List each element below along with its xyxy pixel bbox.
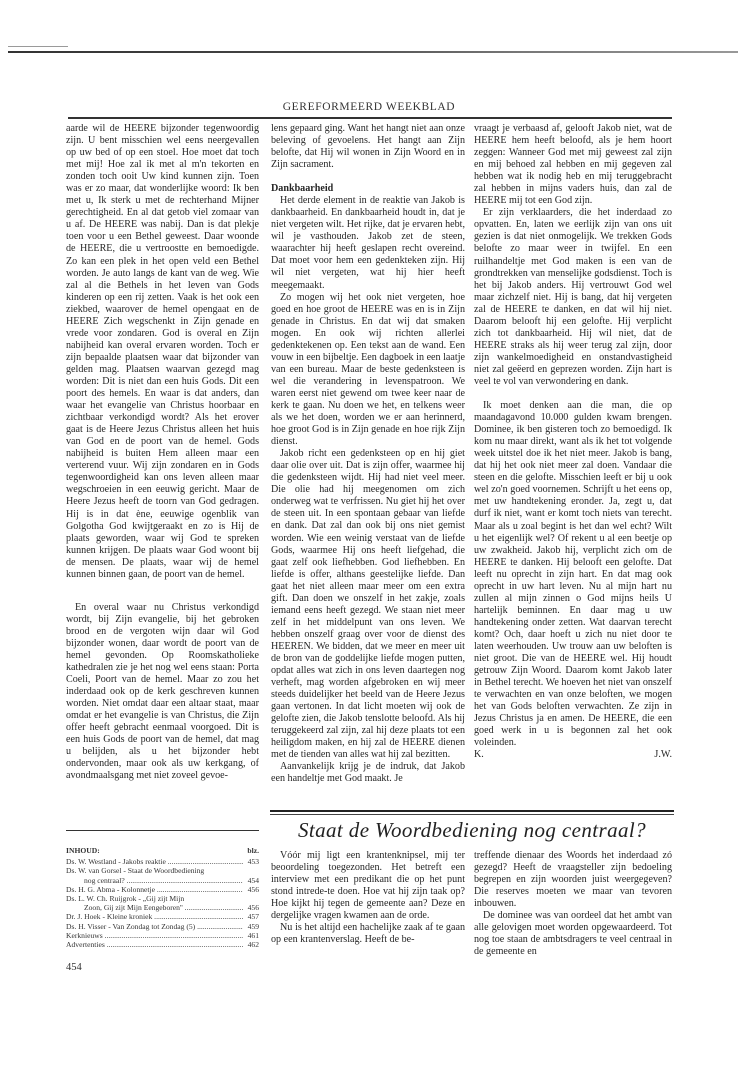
toc-item-title: Ds. H. G. Abma - Kolonnetje [66,885,243,894]
scan-edge-rule [8,46,68,47]
toc-item[interactable]: Kerknieuws 461 [66,931,259,940]
column-divider-rule [66,830,259,831]
toc-item-page: 454 [243,876,259,885]
paragraph: En overal waar nu Christus verkondigd wo… [66,602,259,783]
toc-item-page: 456 [243,885,259,894]
toc-page-heading: blz. [247,846,259,855]
paragraph: Nu is het altijd een hachelijke zaak af … [271,922,465,946]
paragraph: Het derde element in de reaktie van Jako… [271,195,465,291]
article-separator-rule-secondary [270,814,674,815]
article2-column-2: treffende dienaar des Woords het inderda… [474,850,672,958]
toc-item-continuation[interactable]: nog centraal? 454 [66,876,259,885]
paragraph: Er zijn verklaarders, die het inderdaad … [474,207,672,388]
paragraph: aarde wil de HEERE bijzonder tegenwoordi… [66,123,259,581]
toc-item-title-cont: nog centraal? [84,876,243,885]
toc-item[interactable]: Ds. L. W. Ch. Ruijgrok - „Gij zijt Mijn [66,894,259,903]
page-number: 454 [66,962,82,973]
toc-item-page: 459 [243,922,259,931]
paragraph: Zo mogen wij het ook niet vergeten, hoe … [271,292,465,449]
paragraph: De dominee was van oordeel dat het ambt … [474,910,672,958]
toc-item[interactable]: Ds. W. van Gorsel - Staat de Woordbedien… [66,866,259,875]
article-separator-rule [270,810,674,812]
scan-top-rule [8,51,738,53]
masthead-rule [68,117,672,119]
signature-line: K. J.W. [474,749,672,761]
toc-item[interactable]: Ds. W. Westland - Jakobs reaktie 453 [66,857,259,866]
toc-header: INHOUD: blz. [66,846,259,855]
toc-item-page: 457 [243,912,259,921]
toc-item[interactable]: Dr. J. Hoek - Kleine kroniek 457 [66,912,259,921]
toc-item[interactable]: Advertenties 462 [66,940,259,949]
paragraph: treffende dienaar des Woords het inderda… [474,850,672,910]
article2-column-1: Vóór mij ligt een krantenknipsel, mij te… [271,850,465,946]
toc-item-title: Ds. L. W. Ch. Ruijgrok - „Gij zijt Mijn [66,894,259,903]
toc-item-title: Ds. W. Westland - Jakobs reaktie [66,857,243,866]
section-heading: Dankbaarheid [271,183,465,195]
toc-item-title: Dr. J. Hoek - Kleine kroniek [66,912,243,921]
article1-column-3: vraagt je verbaasd af, gelooft Jakob nie… [474,123,672,761]
paragraph: Jakob richt een gedenksteen op en hij gi… [271,448,465,761]
paragraph: lens gepaard ging. Want het hangt niet a… [271,123,465,171]
toc-item-title: Ds. W. van Gorsel - Staat de Woordbedien… [66,866,259,875]
paragraph: vraagt je verbaasd af, gelooft Jakob nie… [474,123,672,207]
signature-initial: K. [474,749,484,761]
toc-item-page: 453 [243,857,259,866]
toc-heading: INHOUD: [66,846,100,855]
paragraph: Aanvankelijk krijg je de indruk, dat Jak… [271,761,465,785]
toc-item-title: Ds. H. Visser - Van Zondag tot Zondag (5… [66,922,243,931]
toc-item-page: 462 [243,940,259,949]
toc-item-title: Advertenties [66,940,243,949]
toc-item-title: Kerknieuws [66,931,243,940]
masthead: GEREFORMEERD WEEKBLAD [0,101,738,113]
toc-item-continuation[interactable]: Zoon, Gij zijt Mijn Eengeboren'' 456 [66,903,259,912]
toc-item[interactable]: Ds. H. Visser - Van Zondag tot Zondag (5… [66,922,259,931]
toc-item-page: 461 [243,931,259,940]
paragraph: Ik moet denken aan die man, die op maand… [474,400,672,749]
article-title: Staat de Woordbediening nog centraal? [270,818,674,843]
author-initials: J.W. [654,749,672,761]
article1-column-1: aarde wil de HEERE bijzonder tegenwoordi… [66,123,259,782]
paragraph: Vóór mij ligt een krantenknipsel, mij te… [271,850,465,922]
toc-item[interactable]: Ds. H. G. Abma - Kolonnetje 456 [66,885,259,894]
toc-item-title-cont: Zoon, Gij zijt Mijn Eengeboren'' [84,903,243,912]
article1-column-2: lens gepaard ging. Want het hangt niet a… [271,123,465,785]
toc-item-page: 456 [243,903,259,912]
table-of-contents: INHOUD: blz. Ds. W. Westland - Jakobs re… [66,846,259,949]
